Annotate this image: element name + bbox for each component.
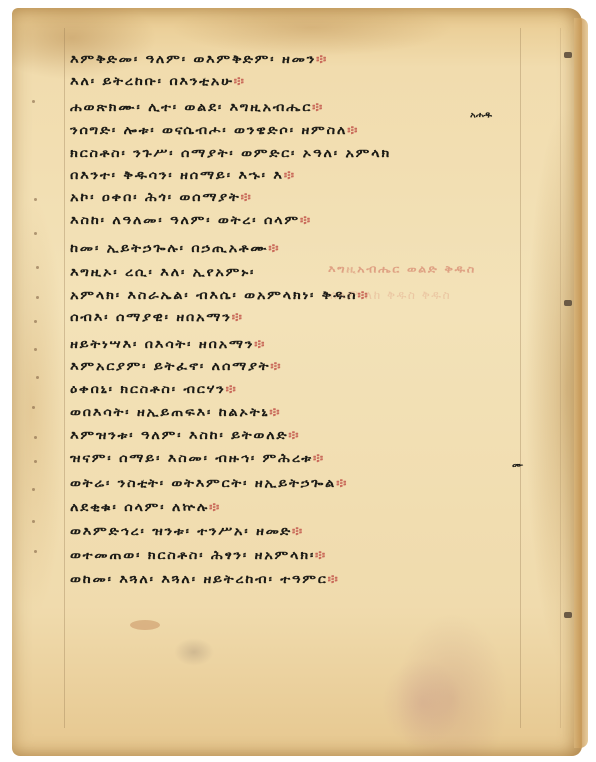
line-text: ክርስቶስ፡ ንጉሥ፡ ሰማያት፡ ወምድር፡ ኦዓለ፡ አምላክ [70, 146, 391, 160]
punctuation-mark: ፨ [268, 241, 280, 255]
text-line: እግዚኦ፡ ረሲ፡ እለ፡ ኢየአምኑ፡ [70, 265, 255, 279]
punctuation-mark: ፨ [284, 168, 296, 182]
punctuation-mark: ፨ [336, 476, 348, 490]
ruling-line-edge [560, 28, 561, 728]
pricking-hole [34, 198, 37, 201]
line-text: አኮ፡ ዐቀበ፡ ሕጎ፡ ወሰማያት [70, 190, 240, 204]
binding-thread [564, 52, 572, 58]
text-line: እስከ፡ ለዓለመ፡ ዓለም፡ ወትረ፡ ሰላም፨ [70, 213, 312, 227]
line-text: ወእምድኅረ፡ ዝንቱ፡ ተንሥአ፡ ዘመድ [70, 524, 292, 538]
pricking-hole [36, 376, 39, 379]
pricking-hole [34, 550, 37, 553]
punctuation-mark: ፨ [254, 337, 266, 351]
text-line: ዕቀበኒ፡ ክርስቶስ፡ ብርሃን፨ [70, 382, 238, 396]
page-edge [574, 18, 588, 748]
line-text: ንሰግድ፡ ሎቱ፡ ወናሴብሖ፡ ወንዌድሶ፡ ዘምስለ [70, 123, 347, 137]
line-text: ወከመ፡ እጓለ፡ እጓለ፡ ዘይትረከብ፡ ተዓምር [70, 572, 328, 586]
punctuation-mark: ፨ [347, 123, 359, 137]
text-line: ለደቂቁ፡ ሰላም፡ ለኵሉ፨ [70, 500, 221, 514]
punctuation-mark: ፨ [269, 405, 281, 419]
punctuation-mark: ፨ [313, 451, 325, 465]
text-line: እለ፡ ይትረከቡ፡ በእንቲአሁ፨ [70, 74, 246, 88]
pricking-hole [32, 520, 35, 523]
line-text: ወበእሳት፡ ዘኢይጠፍእ፡ ከልኦትኒ [70, 405, 269, 419]
line-text: ሐወጽክሙ፡ ሊተ፡ ወልደ፡ እግዚአብሔር [70, 100, 312, 114]
text-line: ንሰግድ፡ ሎቱ፡ ወናሴብሖ፡ ወንዌድሶ፡ ዘምስለ፨ [70, 123, 359, 137]
text-line: ሰብእ፡ ሰማያዊ፡ ዘበአማን፨ [70, 310, 244, 324]
line-text: ሰብእ፡ ሰማያዊ፡ ዘበአማን [70, 310, 232, 324]
punctuation-mark: ፨ [234, 74, 246, 88]
text-line: ሐወጽክሙ፡ ሊተ፡ ወልደ፡ እግዚአብሔር፨ [70, 100, 324, 114]
pricking-hole [32, 406, 35, 409]
ruling-line-left [64, 28, 65, 728]
stain [130, 620, 160, 630]
faded-rubric-text: ሰላም ለከ ቅዱስ ቅዱስ [330, 288, 451, 303]
line-text: እለ፡ ይትረከቡ፡ በእንቲአሁ [70, 74, 234, 88]
text-line: ወበእሳት፡ ዘኢይጠፍእ፡ ከልኦትኒ፨ [70, 405, 281, 419]
text-line: ከመ፡ ኢይትኃጐሉ፡ በኃጢአቶሙ፨ [70, 241, 280, 255]
punctuation-mark: ፨ [288, 428, 300, 442]
punctuation-mark: ፨ [316, 52, 328, 66]
punctuation-mark: ፨ [240, 190, 252, 204]
punctuation-mark: ፨ [225, 382, 237, 396]
text-line: ዘይትነሣእ፡ በእሳት፡ ዘበአማን፨ [70, 337, 266, 351]
line-text: ከመ፡ ኢይትኃጐሉ፡ በኃጢአቶሙ [70, 241, 268, 255]
punctuation-mark: ፨ [328, 572, 340, 586]
marginal-note: ሙ [512, 461, 523, 470]
pricking-hole [36, 266, 39, 269]
pricking-hole [36, 296, 39, 299]
text-line: አኮ፡ ዐቀበ፡ ሕጎ፡ ወሰማያት፨ [70, 190, 252, 204]
punctuation-mark: ፨ [292, 524, 304, 538]
line-text: ዝናም፡ ሰማይ፡ እስመ፡ ብዙኅ፡ ምሕረቱ [70, 451, 313, 465]
text-line: ወእምድኅረ፡ ዝንቱ፡ ተንሥአ፡ ዘመድ፨ [70, 524, 304, 538]
punctuation-mark: ፨ [300, 213, 312, 227]
pricking-hole [34, 232, 37, 235]
text-line: ወከመ፡ እጓለ፡ እጓለ፡ ዘይትረከብ፡ ተዓምር፨ [70, 572, 340, 586]
marginal-note: አሐዱ [470, 111, 492, 120]
text-line: ወተመጠወ፡ ክርስቶስ፡ ሕፃን፡ ዘአምላክ፡፨ [70, 548, 327, 562]
stain [174, 638, 214, 666]
binding-thread [564, 612, 572, 618]
ruling-line-right [520, 28, 521, 728]
pricking-hole [32, 488, 35, 491]
text-line: ዝናም፡ ሰማይ፡ እስመ፡ ብዙኅ፡ ምሕረቱ፨ [70, 451, 325, 465]
text-line: ክርስቶስ፡ ንጉሥ፡ ሰማያት፡ ወምድር፡ ኦዓለ፡ አምላክ [70, 146, 391, 160]
text-line: እምአርያም፡ ይትፈኖ፡ ለሰማያት፨ [70, 359, 282, 373]
line-text: እምቅድመ፡ ዓለም፡ ወእምቅድም፡ ዘመን [70, 52, 316, 66]
line-text: ለደቂቁ፡ ሰላም፡ ለኵሉ [70, 500, 209, 514]
rubricated-text: እግዚአብሔር ወልድ ቅዱስ [328, 264, 476, 276]
stain [382, 658, 462, 748]
pricking-hole [34, 436, 37, 439]
line-text: ዕቀበኒ፡ ክርስቶስ፡ ብርሃን [70, 382, 225, 396]
line-text: በእንተ፡ ቅዱሳን፡ ዘሰማይ፡ እኁ፡ እ [70, 168, 284, 182]
text-line: አምላክ፡ እስራኤል፡ ብእሴ፡ ወአምላክነ፡ ቅዱስ፨ [70, 288, 369, 302]
line-text: እግዚኦ፡ ረሲ፡ እለ፡ ኢየአምኑ፡ [70, 265, 255, 279]
text-line: እምዝንቱ፡ ዓለም፡ እስከ፡ ይትወለድ፨ [70, 428, 300, 442]
text-line: እምቅድመ፡ ዓለም፡ ወእምቅድም፡ ዘመን፨ [70, 52, 328, 66]
binding-thread [564, 300, 572, 306]
pricking-hole [34, 460, 37, 463]
pricking-hole [34, 348, 37, 351]
line-text: እስከ፡ ለዓለመ፡ ዓለም፡ ወትረ፡ ሰላም [70, 213, 300, 227]
text-line: ወትሬ፡ ንስቲት፡ ወትእምርት፡ ዘኢይትኃጐል፨ [70, 476, 348, 490]
punctuation-mark: ፨ [315, 548, 327, 562]
line-text: እምአርያም፡ ይትፈኖ፡ ለሰማያት [70, 359, 270, 373]
pricking-hole [34, 320, 37, 323]
line-text: ወትሬ፡ ንስቲት፡ ወትእምርት፡ ዘኢይትኃጐል [70, 476, 336, 490]
punctuation-mark: ፨ [312, 100, 324, 114]
line-text: ዘይትነሣእ፡ በእሳት፡ ዘበአማን [70, 337, 254, 351]
punctuation-mark: ፨ [209, 500, 221, 514]
line-text: አምላክ፡ እስራኤል፡ ብእሴ፡ ወአምላክነ፡ ቅዱስ [70, 288, 357, 302]
text-line: በእንተ፡ ቅዱሳን፡ ዘሰማይ፡ እኁ፡ እ፨ [70, 168, 296, 182]
punctuation-mark: ፨ [270, 359, 282, 373]
punctuation-mark: ፨ [232, 310, 244, 324]
line-text: ወተመጠወ፡ ክርስቶስ፡ ሕፃን፡ ዘአምላክ፡ [70, 548, 315, 562]
pricking-hole [32, 100, 35, 103]
line-text: እምዝንቱ፡ ዓለም፡ እስከ፡ ይትወለድ [70, 428, 288, 442]
